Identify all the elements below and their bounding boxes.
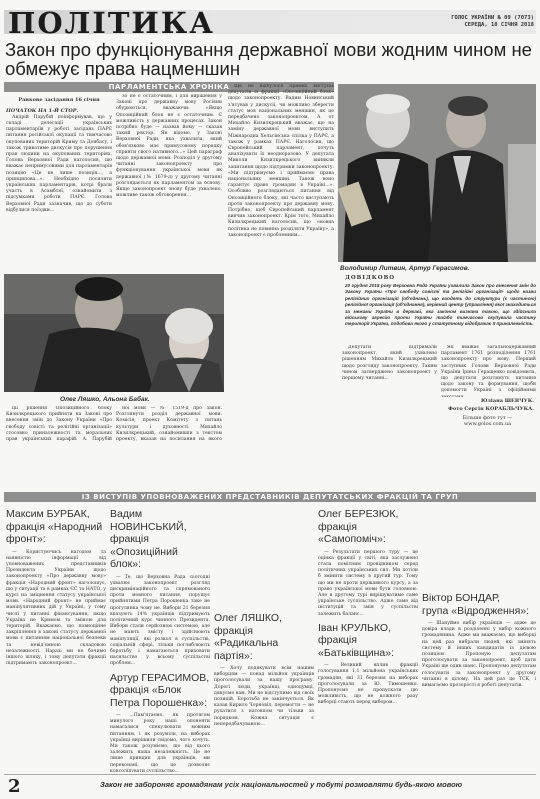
newspaper-issue: ГОЛОС УКРАЇНИ № 09 (7073)	[451, 15, 534, 22]
speeches-bar: ІЗ ВИСТУПІВ УПОВНОВАЖЕНИХ ПРЕДСТАВНИКІВ …	[4, 492, 536, 502]
issue-info: ГОЛОС УКРАЇНИ № 09 (7073) СЕРЕДА, 18 СІЧ…	[451, 15, 534, 29]
credits: Юліана ШЕВЧУК. Фото Сергія КОРАБЛЬЧУКА. …	[441, 398, 534, 427]
speeches-column-3: Олег ЛЯШКО, фракція «Радикальна партія»:…	[214, 504, 314, 772]
reference-box: ДОВІДКОВО 20 грудня 2018 року Верховна Р…	[345, 275, 536, 328]
article-column-2: зо не є остаточним, і для вирішення у За…	[116, 94, 222, 252]
left-photo	[4, 274, 224, 392]
left-photo-caption: Олег Ляшко, Альона Бабак.	[60, 396, 150, 403]
article-text: Депутати підтримали законопроект, який у…	[342, 345, 437, 382]
article-column-4: ції рішення Опозиційного блоку Кизилкрец…	[6, 406, 112, 442]
sidebox-column-b: Як вважає загальнодержавний парламент 17…	[441, 345, 536, 397]
speeches-column-2: Вадим НОВИНСЬКИЙ, фракція «Опозиційний б…	[110, 504, 210, 772]
speeches-column-1: Максим БУРБАК, фракція «Народний фронт»:…	[6, 504, 106, 772]
section-title: ПОЛІТИКА	[8, 8, 215, 38]
continued-from: ПОЧАТОК НА 1-Й СТОР.	[6, 108, 112, 114]
newspaper-page: ПОЛІТИКА ГОЛОС УКРАЇНИ № 09 (7073) СЕРЕД…	[0, 0, 540, 799]
photo-figures-icon	[338, 84, 536, 262]
photo-figures-icon	[4, 274, 224, 392]
issue-date: СЕРЕДА, 18 СІЧНЯ 2018	[451, 22, 534, 29]
main-photo-caption: Володимир Литвин, Артур Герасимов.	[340, 265, 469, 272]
article-text: ної мови — № 1519-д про закон. Розглянут…	[116, 406, 222, 442]
speaker-name: Максим БУРБАК,	[6, 508, 106, 521]
speech-text: — Те, що Верховна Рада сьогодні ухвалює …	[110, 575, 210, 668]
speaker-faction: фракція «Опозиційний блок»:	[110, 533, 210, 571]
speech-text: — Хочу подякувати всім нашим виборцям — …	[214, 666, 314, 728]
speaker-faction: фракція «Батьківщина»:	[318, 634, 418, 659]
sidebox-column-a: Депутати підтримали законопроект, який у…	[342, 345, 437, 442]
session-subheading: Ранкове засідання 16 січня	[6, 97, 112, 104]
speaker-faction: фракція «Блок Петра Порошенка»:	[110, 684, 210, 709]
more-photos-link[interactable]: Більше фото тут — www.golos.com.ua	[441, 415, 534, 427]
main-headline: Закон про функціонування державної мови …	[5, 40, 535, 78]
article-text: Ще не відбулося прямих виступів депутаті…	[228, 84, 334, 239]
speaker-faction: фракція «Самопоміч»:	[318, 521, 418, 546]
article-column-5: ної мови — № 1519-д про закон. Розглянут…	[116, 406, 222, 442]
speaker-name: Вадим НОВИНСЬКИЙ,	[110, 508, 210, 533]
speech-text: — Шануймо вибір українців — адже це дові…	[422, 621, 536, 689]
speaker-name: Олег ЛЯШКО,	[214, 612, 314, 625]
article-text: зо не є остаточним, і для вирішення у За…	[116, 94, 222, 199]
footer-slogan: Закон не забороняє громадянам усіх націо…	[100, 780, 530, 789]
main-photo	[338, 84, 536, 262]
article-column-1: Ранкове засідання 16 січня ПОЧАТОК НА 1-…	[6, 94, 112, 252]
speaker-faction: фракція «Народний фронт»:	[6, 521, 106, 546]
speaker-faction: фракція «Радикальна партія»:	[214, 625, 314, 663]
article-text: Андрій Парубій поінформував, що у складі…	[6, 115, 112, 214]
article-text: ції рішення Опозиційного блоку Кизилкрец…	[6, 406, 112, 442]
article-column-3: Ще не відбулося прямих виступів депутаті…	[228, 84, 334, 444]
speaker-name: Віктор БОНДАР,	[422, 592, 536, 605]
speaker-name: Артур ГЕРАСИМОВ,	[110, 672, 210, 685]
speeches-column-5: Віктор БОНДАР, група «Відродження»: — Ша…	[422, 504, 536, 772]
reference-label: ДОВІДКОВО	[345, 275, 536, 281]
page-number: 2	[8, 776, 21, 797]
speaker-name: Іван КРУЛЬКО,	[318, 622, 418, 635]
speech-text: — ...Пам'ятаємо, як протягом минулого ро…	[110, 713, 210, 772]
speech-text: — Результати першого туру — це оцінка фр…	[318, 550, 418, 618]
photo-credit: Фото Сергія КОРАБЛЬЧУКА.	[441, 406, 534, 412]
article-text: Як вважає загальнодержавний парламент 17…	[441, 345, 536, 397]
speech-text: — Користуючись нагодою та наявністю інфо…	[6, 550, 106, 668]
reference-text: 20 грудня 2018 року Верховна Рада Україн…	[345, 283, 536, 328]
speech-text: — Великий вплив фракції голосування 1,1 …	[318, 663, 418, 706]
speeches-column-4: Олег БЕРЕЗЮК, фракція «Самопоміч»: — Рез…	[318, 504, 418, 772]
speaker-faction: група «Відродження»:	[422, 605, 536, 618]
author-credit: Юліана ШЕВЧУК.	[441, 398, 534, 404]
footer-divider	[4, 774, 536, 775]
speaker-name: Олег БЕРЕЗЮК,	[318, 508, 418, 521]
